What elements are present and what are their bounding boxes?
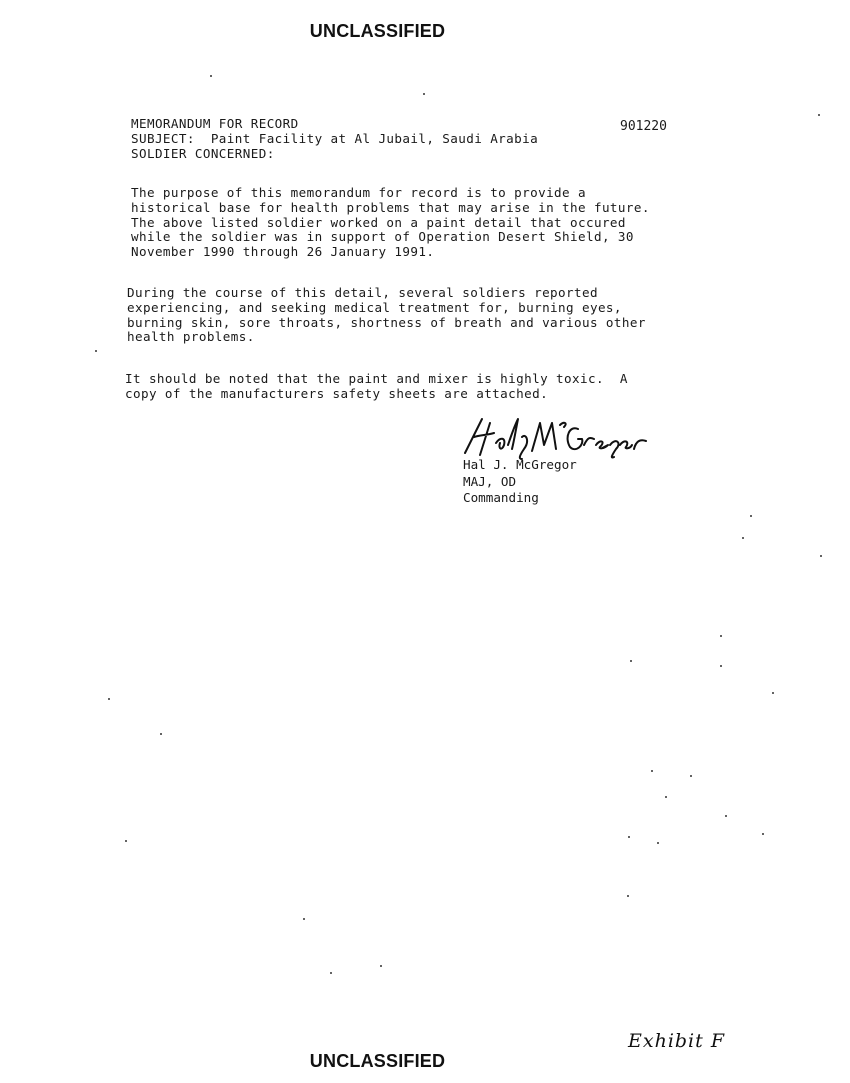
paragraph-toxicity: It should be noted that the paint and mi…	[125, 372, 628, 402]
scan-speck	[160, 733, 162, 735]
scan-speck	[762, 833, 764, 835]
handwritten-signature	[460, 415, 660, 460]
classification-marking-bottom: UNCLASSIFIED	[0, 1051, 755, 1072]
scan-speck	[651, 770, 653, 772]
memo-date: 901220	[620, 119, 667, 134]
scan-speck	[95, 350, 97, 352]
signer-name: Hal J. McGregor	[463, 457, 577, 472]
signer-rank: MAJ, OD	[463, 474, 516, 489]
scan-speck	[657, 842, 659, 844]
scan-speck	[690, 775, 692, 777]
scan-speck	[628, 836, 630, 838]
memo-header: MEMORANDUM FOR RECORD SUBJECT: Paint Fac…	[131, 117, 538, 161]
scan-speck	[720, 665, 722, 667]
signer-title: Commanding	[463, 490, 539, 505]
classification-marking-top: UNCLASSIFIED	[0, 21, 755, 42]
memo-subject: SUBJECT: Paint Facility at Al Jubail, Sa…	[131, 131, 538, 146]
memo-soldier-concerned: SOLDIER CONCERNED:	[131, 146, 275, 161]
scan-speck	[627, 895, 629, 897]
scan-speck	[423, 93, 425, 95]
memo-title: MEMORANDUM FOR RECORD	[131, 116, 299, 131]
scan-speck	[665, 796, 667, 798]
scan-speck	[108, 698, 110, 700]
scan-speck	[725, 815, 727, 817]
scan-speck	[210, 75, 212, 77]
signature-block: Hal J. McGregor MAJ, OD Commanding	[463, 457, 577, 507]
paragraph-symptoms: During the course of this detail, severa…	[127, 286, 646, 345]
paragraph-purpose: The purpose of this memorandum for recor…	[131, 186, 650, 260]
scan-speck	[818, 114, 820, 116]
scan-speck	[330, 972, 332, 974]
scan-speck	[125, 840, 127, 842]
scan-speck	[750, 515, 752, 517]
exhibit-annotation: Exhibit F	[628, 1030, 725, 1052]
scan-speck	[742, 537, 744, 539]
scan-speck	[720, 635, 722, 637]
scan-speck	[772, 692, 774, 694]
scan-speck	[303, 918, 305, 920]
scan-speck	[630, 660, 632, 662]
scan-speck	[380, 965, 382, 967]
scan-speck	[820, 555, 822, 557]
